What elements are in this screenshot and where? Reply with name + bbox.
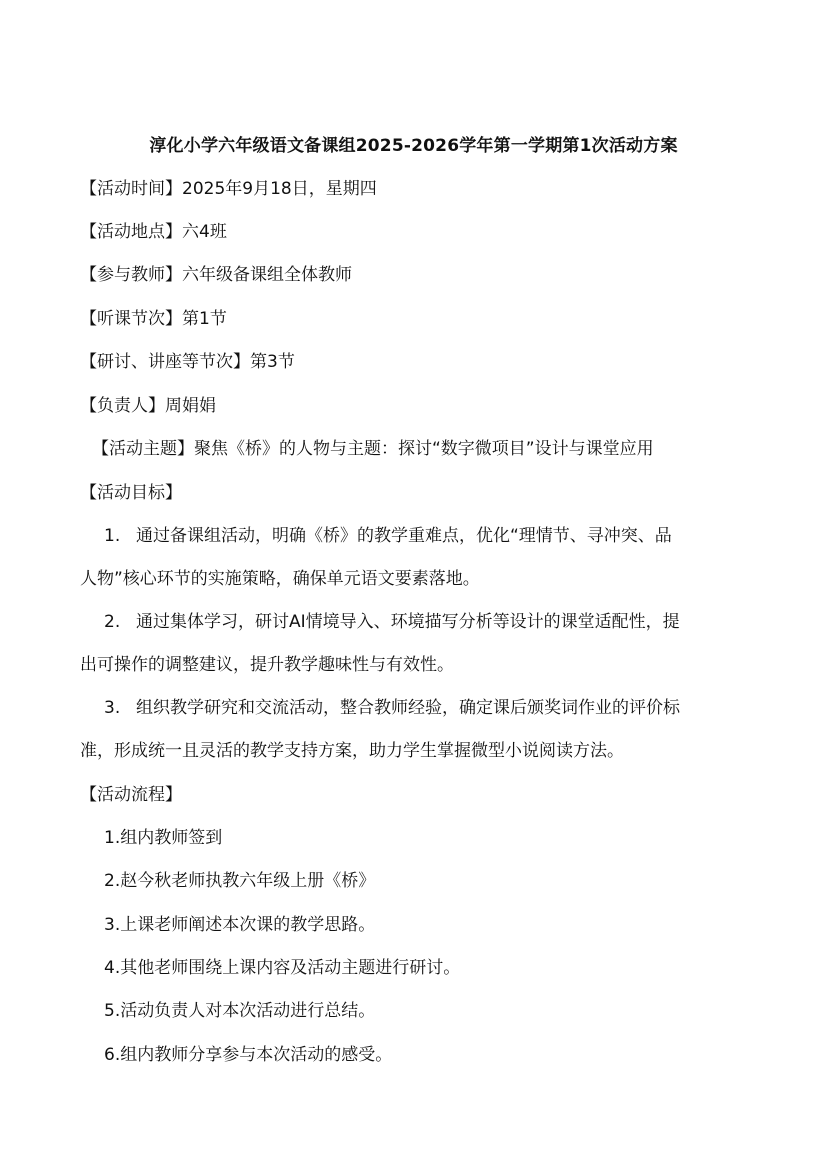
- objective-text: 组织教学研究和交流活动，整合教师经验，确定课后颁奖词作业的评价标: [136, 698, 680, 718]
- field-person-in-charge: 【负责人】周娟娟: [80, 394, 216, 418]
- objective-number: 2.: [104, 610, 136, 634]
- objective-number: 3.: [104, 696, 136, 720]
- objective-item-3-line1: 3.组织教学研究和交流活动，整合教师经验，确定课后颁奖词作业的评价标: [104, 696, 680, 720]
- field-label: 【活动主题】: [92, 439, 194, 459]
- field-value: 周娟娟: [165, 396, 216, 416]
- process-step-3: 3.上课老师阐述本次课的教学思路。: [104, 913, 375, 937]
- field-value: 2025年9月18日，星期四: [182, 179, 377, 199]
- objective-item-3-line2: 准，形成统一且灵活的教学支持方案，助力学生掌握微型小说阅读方法。: [80, 739, 624, 763]
- document-page: 淳化小学六年级语文备课组2025-2026学年第一学期第1次活动方案 【活动时间…: [0, 0, 827, 1170]
- field-label: 【参与教师】: [80, 265, 182, 285]
- field-activity-theme: 【活动主题】聚焦《桥》的人物与主题：探讨“数字微项目”设计与课堂应用: [92, 437, 654, 461]
- field-label: 【活动时间】: [80, 179, 182, 199]
- objectives-heading: 【活动目标】: [80, 481, 182, 505]
- objective-number: 1.: [104, 524, 136, 548]
- process-heading: 【活动流程】: [80, 783, 182, 807]
- objective-text: 通过备课组活动，明确《桥》的教学重难点，优化“理情节、寻冲突、品: [136, 526, 672, 546]
- objective-item-2-line2: 出可操作的调整建议，提升教学趣味性与有效性。: [80, 653, 454, 677]
- field-label: 【负责人】: [80, 396, 165, 416]
- objective-item-2-line1: 2.通过集体学习，研讨AI情境导入、环境描写分析等设计的课堂适配性，提: [104, 610, 680, 634]
- objective-item-1-line1: 1.通过备课组活动，明确《桥》的教学重难点，优化“理情节、寻冲突、品: [104, 524, 672, 548]
- process-step-5: 5.活动负责人对本次活动进行总结。: [104, 999, 375, 1023]
- field-observation-period: 【听课节次】第1节: [80, 307, 227, 331]
- field-value: 第3节: [250, 352, 295, 372]
- field-value: 六年级备课组全体教师: [182, 265, 352, 285]
- field-activity-location: 【活动地点】六4班: [80, 220, 227, 244]
- field-label: 【研讨、讲座等节次】: [80, 352, 250, 372]
- objective-text: 通过集体学习，研讨AI情境导入、环境描写分析等设计的课堂适配性，提: [136, 612, 680, 632]
- field-seminar-period: 【研讨、讲座等节次】第3节: [80, 350, 295, 374]
- field-value: 六4班: [182, 222, 227, 242]
- document-title: 淳化小学六年级语文备课组2025-2026学年第一学期第1次活动方案: [0, 131, 827, 156]
- field-label: 【听课节次】: [80, 309, 182, 329]
- objective-item-1-line2: 人物”核心环节的实施策略，确保单元语文要素落地。: [80, 567, 480, 591]
- field-label: 【活动地点】: [80, 222, 182, 242]
- process-step-1: 1.组内教师签到: [104, 826, 222, 850]
- field-value: 聚焦《桥》的人物与主题：探讨“数字微项目”设计与课堂应用: [194, 439, 654, 459]
- field-value: 第1节: [182, 309, 227, 329]
- process-step-6: 6.组内教师分享参与本次活动的感受。: [104, 1043, 392, 1067]
- process-step-2: 2.赵今秋老师执教六年级上册《桥》: [104, 869, 375, 893]
- field-participants: 【参与教师】六年级备课组全体教师: [80, 263, 352, 287]
- field-activity-time: 【活动时间】2025年9月18日，星期四: [80, 177, 377, 201]
- process-step-4: 4.其他老师围绕上课内容及活动主题进行研讨。: [104, 956, 460, 980]
